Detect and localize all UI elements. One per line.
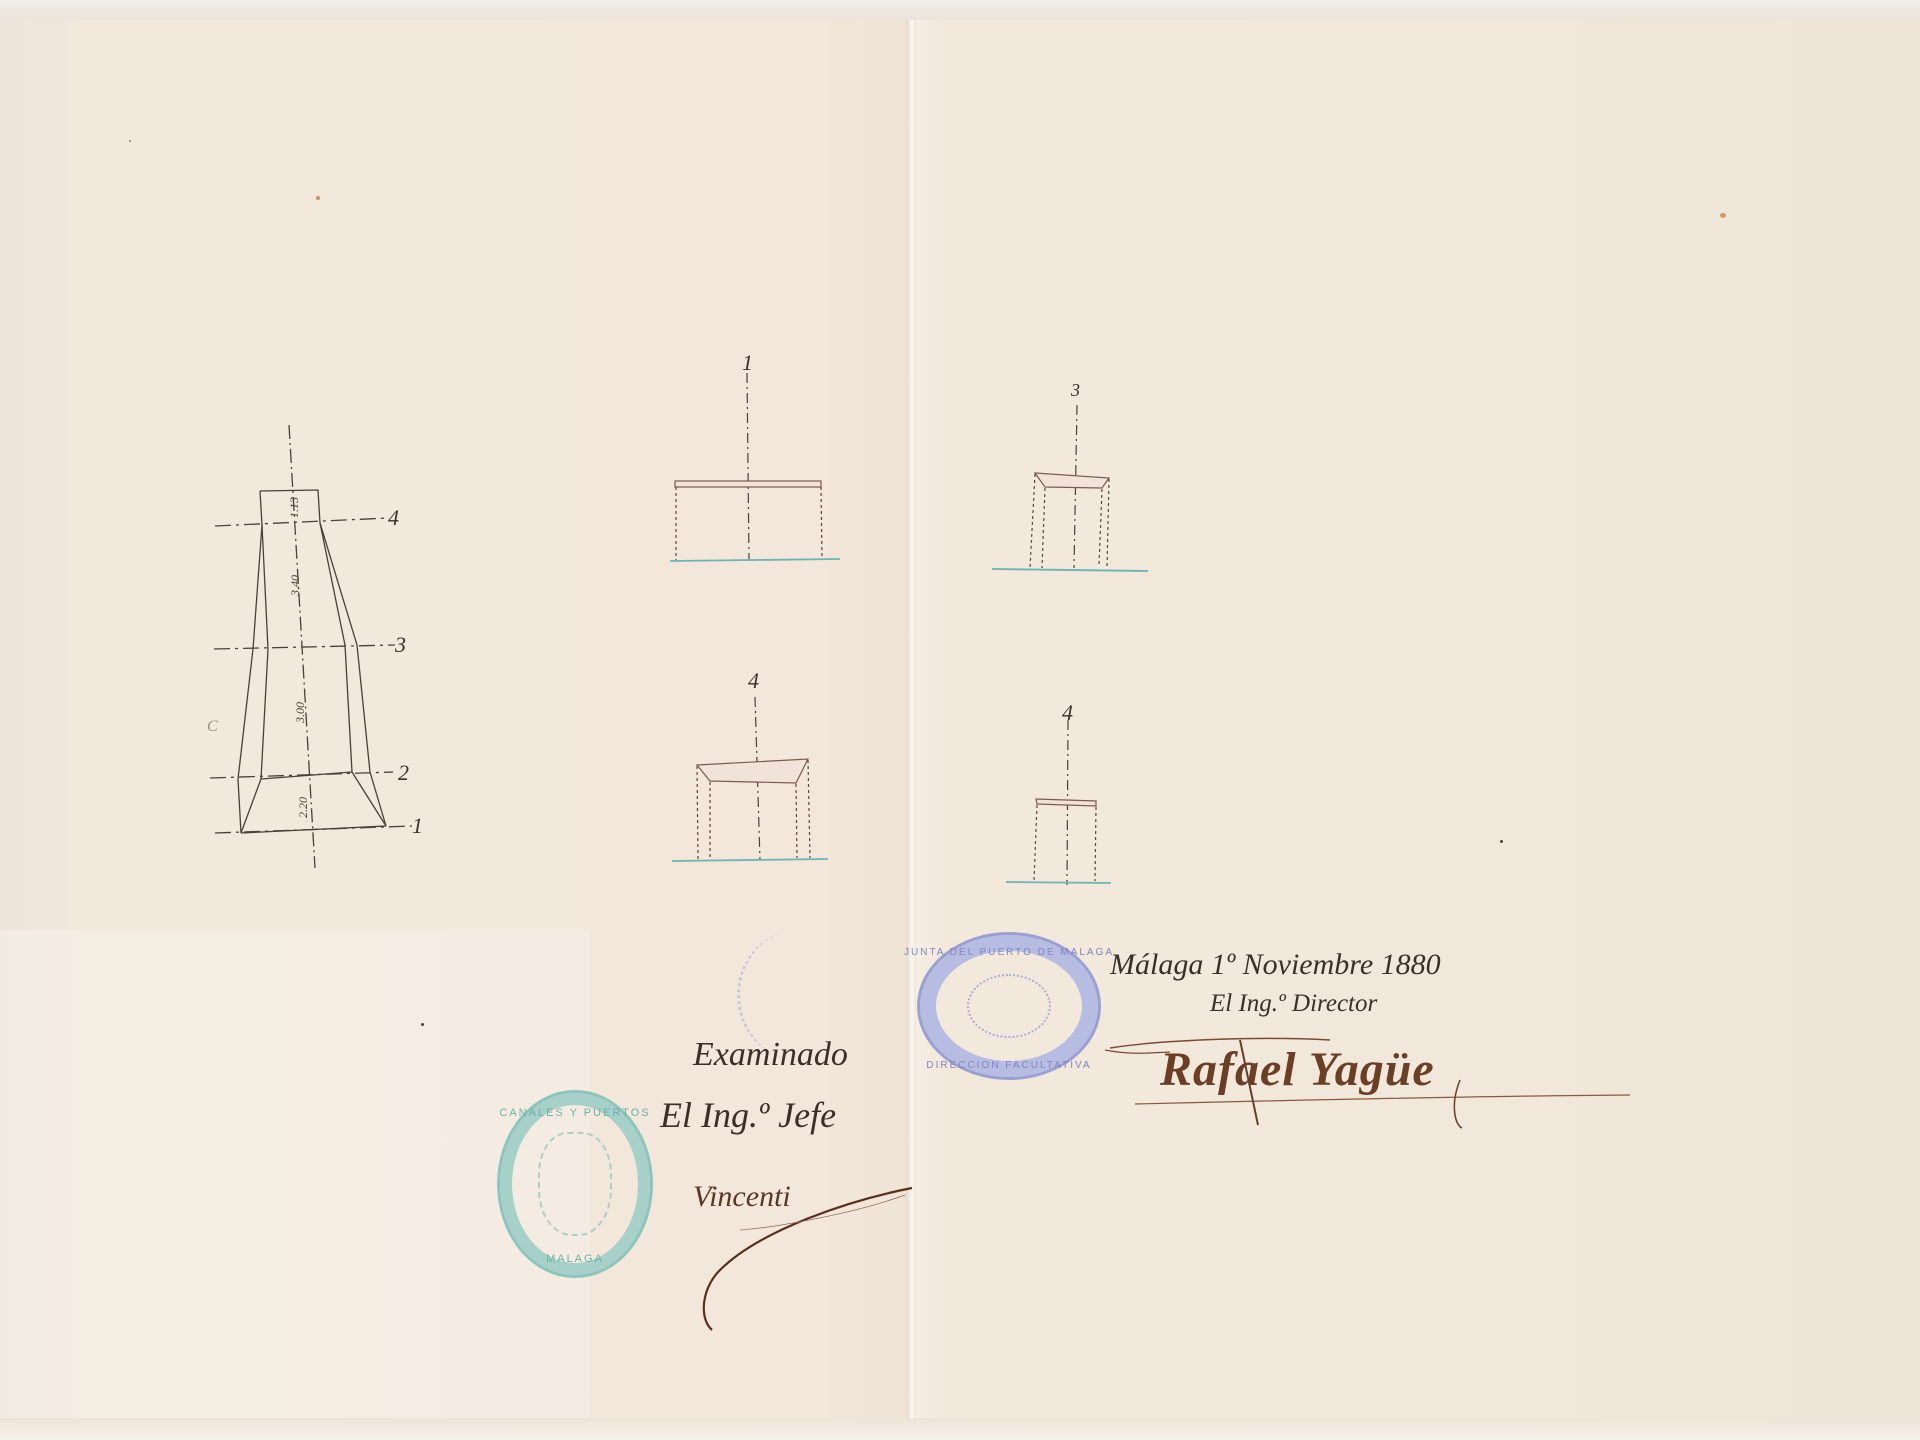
stamp-left-text-top: CANALES Y PUERTOS (499, 1107, 650, 1119)
side-mark: C (207, 718, 218, 736)
figure-number-4: 4 (1062, 700, 1073, 726)
chief-engineer-title: El Ing.º Jefe (660, 1094, 836, 1136)
section-label-4: 4 (388, 505, 399, 531)
stamp-canales-y-puertos: CANALES Y PUERTOS MALAGA (497, 1090, 653, 1278)
section-figure-4 (1006, 720, 1111, 885)
chief-engineer-signature: Vincenti (693, 1180, 791, 1214)
dimension-top: 1.13 (287, 497, 302, 518)
section-label-1: 1 (412, 813, 423, 839)
stamp-right-text-bottom: DIRECCION FACULTATIVA (926, 1060, 1091, 1071)
dimension-middle: 3.00 (293, 702, 308, 723)
director-title: El Ing.º Director (1210, 990, 1377, 1018)
technical-drawings (0, 0, 1920, 1440)
dimension-upper: 3.40 (288, 575, 303, 596)
paper-speck (1500, 840, 1503, 843)
port-emblem-icon (967, 974, 1051, 1038)
figure-number-1: 1 (742, 350, 753, 376)
section-figure-2 (672, 697, 828, 861)
paper-speck (421, 1023, 424, 1026)
place-and-date: Málaga 1º Noviembre 1880 (1110, 948, 1441, 982)
paper-speck (316, 196, 320, 200)
stamp-left-text-bottom: MALAGA (546, 1253, 604, 1265)
section-figure-1 (670, 373, 840, 561)
examined-label: Examinado (693, 1036, 848, 1074)
figure-number-3: 3 (1071, 380, 1080, 401)
coat-of-arms-icon (538, 1132, 612, 1236)
dimension-lower: 2.20 (296, 797, 311, 818)
stamp-right-text-top: JUNTA DEL PUERTO DE MALAGA (904, 947, 1114, 958)
director-signature: Rafael Yagüe (1160, 1042, 1435, 1097)
section-label-3: 3 (395, 632, 406, 658)
section-figure-3 (992, 405, 1148, 571)
section-label-2: 2 (398, 760, 409, 786)
figure-number-2: 4 (748, 668, 759, 694)
paper-speck (129, 140, 131, 142)
pier-elevation-drawing (210, 425, 412, 868)
stamp-junta-del-puerto: JUNTA DEL PUERTO DE MALAGA DIRECCION FAC… (917, 932, 1101, 1080)
paper-speck (1720, 213, 1726, 218)
